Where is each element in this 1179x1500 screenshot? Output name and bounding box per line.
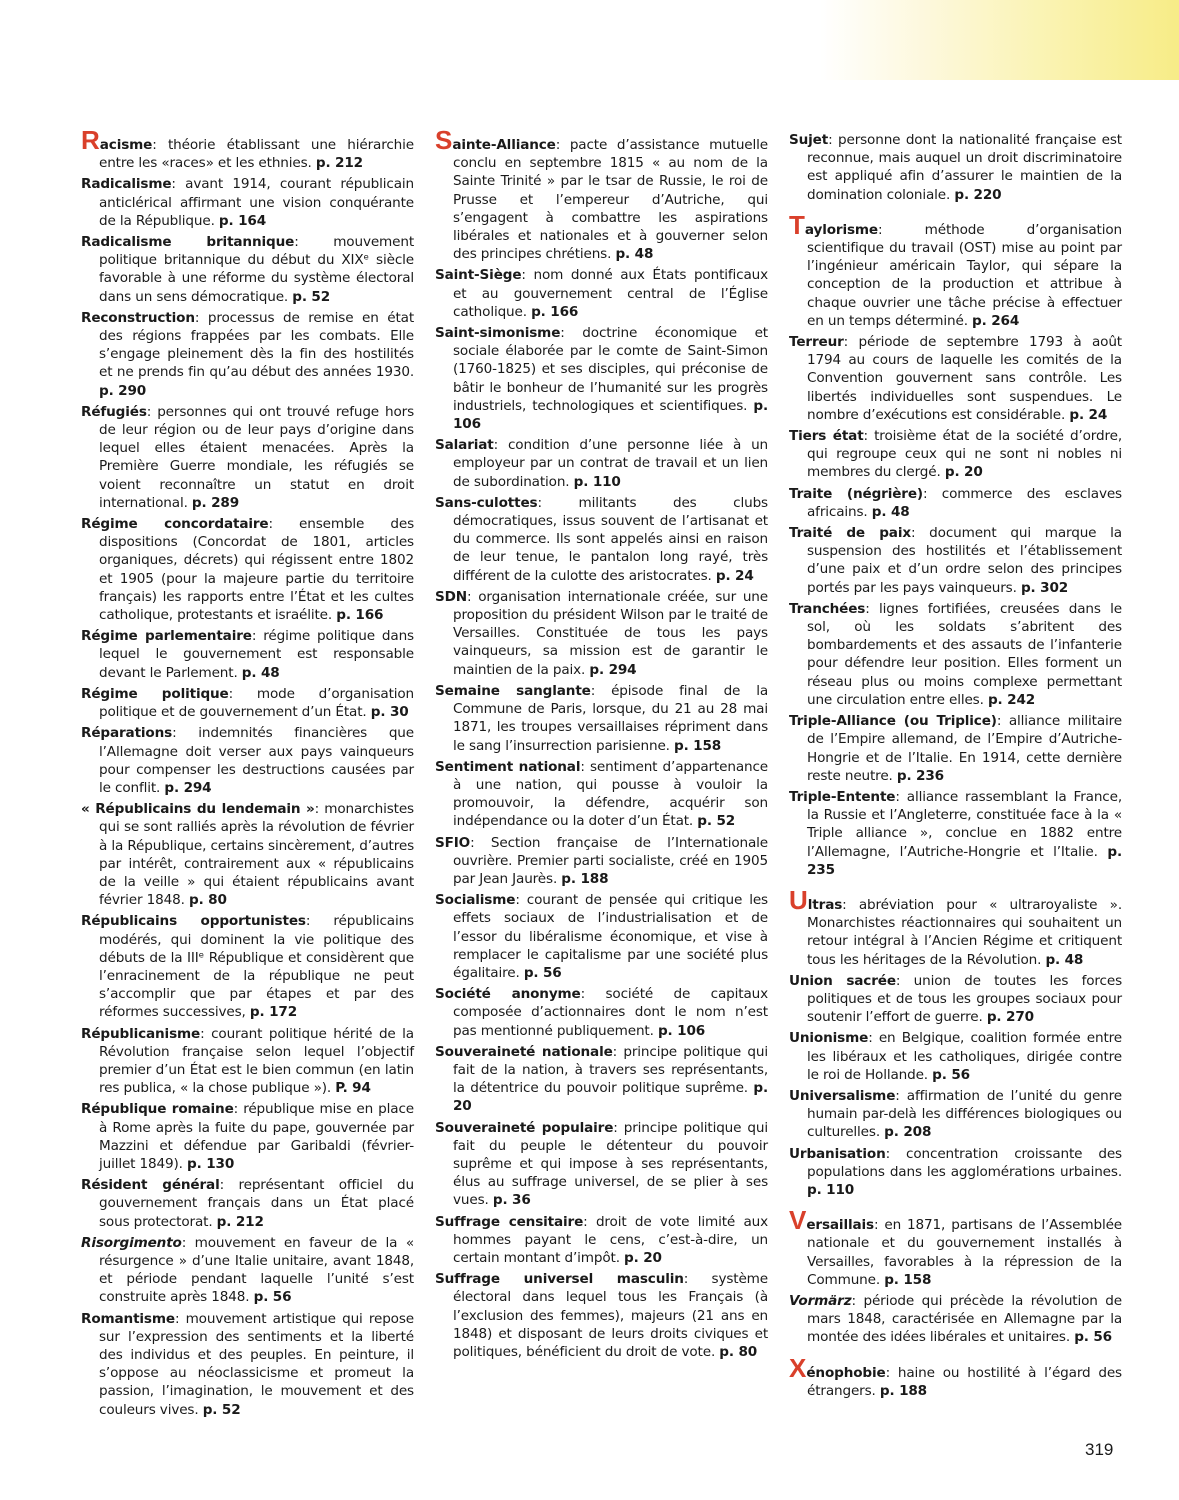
- page-reference: p. 302: [1021, 580, 1068, 596]
- glossary-entry: Souveraineté populaire: principe politiq…: [435, 1119, 768, 1210]
- page-reference: p. 158: [674, 738, 721, 754]
- glossary-term: ltras: [808, 897, 842, 913]
- letter-dropcap: X: [789, 1353, 806, 1383]
- glossary-term: Unionisme: [789, 1030, 868, 1046]
- glossary-term: Universalisme: [789, 1088, 895, 1104]
- glossary-entry: Suffrage censitaire: droit de vote limit…: [435, 1213, 768, 1268]
- page-reference: p. 48: [615, 246, 653, 262]
- glossary-definition: : monarchistes qui se sont ralliés après…: [99, 801, 414, 908]
- glossary-entry: Sainte-Alliance: pacte d’assistance mutu…: [435, 131, 768, 263]
- glossary-term: Traite (négrière): [789, 486, 923, 502]
- glossary-entry: Traite (négrière): commerce des esclaves…: [789, 485, 1122, 521]
- glossary-term: Régime politique: [81, 686, 229, 702]
- glossary-column-3: Sujet: personne dont la nationalité fran…: [789, 131, 1122, 1403]
- glossary-term: Socialisme: [435, 892, 515, 908]
- glossary-term: ersaillais: [806, 1217, 874, 1233]
- glossary-term: Saint-simonisme: [435, 325, 560, 341]
- page-reference: p. 24: [1069, 407, 1107, 423]
- glossary-term: Urbanisation: [789, 1146, 886, 1162]
- page-reference: p. 48: [872, 504, 910, 520]
- glossary-term: Reconstruction: [81, 310, 195, 326]
- glossary-entry: Sujet: personne dont la nationalité fran…: [789, 131, 1122, 204]
- page-reference: p. 164: [219, 213, 266, 229]
- glossary-term: Républicains opportunistes: [81, 913, 306, 929]
- glossary-term: Romantisme: [81, 1311, 175, 1327]
- glossary-entry: Ultras: abréviation pour « ultraroyalist…: [789, 891, 1122, 969]
- glossary-term: Suffrage censitaire: [435, 1214, 583, 1230]
- letter-dropcap: U: [789, 885, 808, 915]
- glossary-term: Suffrage universel masculin: [435, 1271, 684, 1287]
- glossary-entry: Tranchées: lignes fortifiées, creusées d…: [789, 600, 1122, 709]
- page-reference: p. 80: [189, 892, 227, 908]
- glossary-term: acisme: [100, 137, 152, 153]
- letter-dropcap: V: [789, 1205, 806, 1235]
- glossary-term: SFIO: [435, 835, 470, 851]
- page-reference: p. 56: [1074, 1329, 1112, 1345]
- glossary-term: Souveraineté populaire: [435, 1120, 613, 1136]
- glossary-term: Traité de paix: [789, 525, 911, 541]
- glossary-entry: Unionisme: en Belgique, coalition formée…: [789, 1029, 1122, 1084]
- page-reference: p. 52: [203, 1402, 241, 1418]
- page-reference: p. 110: [807, 1182, 854, 1198]
- glossary-term: Union sacrée: [789, 973, 896, 989]
- glossary-entry: Salariat: condition d’une personne liée …: [435, 436, 768, 491]
- glossary-entry: Suffrage universel masculin: système éle…: [435, 1270, 768, 1361]
- glossary-entry: Terreur: période de septembre 1793 à aoû…: [789, 333, 1122, 424]
- glossary-term: Régime parlementaire: [81, 628, 252, 644]
- page-reference: p. 48: [242, 665, 280, 681]
- glossary-entry: Souveraineté nationale: principe politiq…: [435, 1043, 768, 1116]
- glossary-entry: Républicanisme: courant politique hérité…: [81, 1025, 414, 1098]
- glossary-term: Tranchées: [789, 601, 865, 617]
- glossary-entry: Taylorisme: méthode d’organisation scien…: [789, 216, 1122, 330]
- glossary-entry: Versaillais: en 1871, partisans de l’Ass…: [789, 1211, 1122, 1289]
- glossary-term: Radicalisme britannique: [81, 234, 294, 250]
- glossary-term: République romaine: [81, 1101, 234, 1117]
- page-reference: p. 56: [932, 1067, 970, 1083]
- page-reference: p. 212: [217, 1214, 264, 1230]
- page-reference: p. 290: [99, 383, 146, 399]
- page-reference: p. 289: [192, 495, 239, 511]
- glossary-entry: SDN: organisation internationale créée, …: [435, 588, 768, 679]
- page-reference: p. 294: [164, 780, 211, 796]
- page-reference: p. 212: [316, 155, 363, 171]
- glossary-term: Radicalisme: [81, 176, 171, 192]
- page-reference: p. 130: [187, 1156, 234, 1172]
- glossary-definition: : pacte d’assistance mutuelle conclu en …: [453, 137, 768, 262]
- glossary-term: Saint-Siège: [435, 267, 521, 283]
- glossary-entry: Radicalisme: avant 1914, courant républi…: [81, 175, 414, 230]
- glossary-entry: Saint-simonisme: doctrine économique et …: [435, 324, 768, 433]
- page-reference: p. 106: [658, 1023, 705, 1039]
- glossary-entry: Traité de paix: document qui marque la s…: [789, 524, 1122, 597]
- page-reference: p. 220: [954, 187, 1001, 203]
- glossary-entry: Radicalisme britannique: mouvement polit…: [81, 233, 414, 306]
- glossary-entry: Sentiment national: sentiment d’apparten…: [435, 758, 768, 831]
- glossary-entry: Xénophobie: haine ou hostilité à l’égard…: [789, 1359, 1122, 1400]
- glossary-definition: : Section française de l’Internationale …: [453, 835, 768, 887]
- glossary-term: Vormärz: [789, 1293, 851, 1309]
- page-reference: p. 236: [897, 768, 944, 784]
- glossary-term: SDN: [435, 589, 467, 605]
- page-reference: p. 270: [987, 1009, 1034, 1025]
- page-reference: p. 52: [292, 289, 330, 305]
- glossary-entry: Réfugiés: personnes qui ont trouvé refug…: [81, 403, 414, 512]
- glossary-term: Sujet: [789, 132, 828, 148]
- glossary-entry: Réparations: indemnités financières que …: [81, 724, 414, 797]
- page-reference: p. 48: [1045, 952, 1083, 968]
- glossary-entry: Régime politique: mode d’organisation po…: [81, 685, 414, 721]
- glossary-term: Société anonyme: [435, 986, 581, 1002]
- page-reference: p. 36: [493, 1192, 531, 1208]
- glossary-entry: Triple-Entente: alliance rassemblant la …: [789, 788, 1122, 879]
- glossary-entry: Républicains opportunistes: républicains…: [81, 912, 414, 1021]
- glossary-entry: Reconstruction: processus de remise en é…: [81, 309, 414, 400]
- glossary-definition: : personnes qui ont trouvé refuge hors d…: [99, 404, 414, 511]
- glossary-term: Salariat: [435, 437, 494, 453]
- glossary-entry: Urbanisation: concentration croissante d…: [789, 1145, 1122, 1200]
- glossary-entry: Universalisme: affirmation de l’unité du…: [789, 1087, 1122, 1142]
- page-reference: p. 52: [697, 813, 735, 829]
- page-number: 319: [1085, 1440, 1113, 1460]
- glossary-term: Tiers état: [789, 428, 864, 444]
- glossary-entry: « Républicains du lendemain »: monarchis…: [81, 800, 414, 909]
- glossary-term: Sentiment national: [435, 759, 580, 775]
- page-reference: p. 264: [972, 313, 1019, 329]
- glossary-term: Risorgimento: [81, 1235, 182, 1251]
- glossary-term: Triple-Entente: [789, 789, 895, 805]
- glossary-term: Réparations: [81, 725, 172, 741]
- glossary-term: Sans-culottes: [435, 495, 537, 511]
- page-reference: p. 188: [561, 871, 608, 887]
- page-reference: P. 94: [335, 1080, 371, 1096]
- glossary-entry: République romaine: république mise en p…: [81, 1100, 414, 1173]
- glossary-term: Souveraineté nationale: [435, 1044, 613, 1060]
- page-reference: p. 20: [624, 1250, 662, 1266]
- glossary-entry: Socialisme: courant de pensée qui critiq…: [435, 891, 768, 982]
- glossary-term: Réfugiés: [81, 404, 147, 420]
- glossary-entry: Triple-Alliance (ou Triplice): alliance …: [789, 712, 1122, 785]
- page-reference: p. 166: [336, 607, 383, 623]
- letter-dropcap: S: [435, 125, 452, 155]
- page-reference: p. 110: [574, 474, 621, 490]
- page-reference: p. 56: [254, 1289, 292, 1305]
- glossary-entry: Saint-Siège: nom donné aux États pontifi…: [435, 266, 768, 321]
- glossary-entry: Romantisme: mouvement artistique qui rep…: [81, 1310, 414, 1419]
- page-reference: p. 30: [371, 704, 409, 720]
- page-reference: p. 242: [988, 692, 1035, 708]
- glossary-entry: Semaine sanglante: épisode final de la C…: [435, 682, 768, 755]
- page-reference: p. 172: [250, 1004, 297, 1020]
- glossary-entry: Sans-culottes: militants des clubs démoc…: [435, 494, 768, 585]
- glossary-term: « Républicains du lendemain »: [81, 801, 315, 817]
- glossary-entry: Risorgimento: mouvement en faveur de la …: [81, 1234, 414, 1307]
- glossary-entry: Union sacrée: union de toutes les forces…: [789, 972, 1122, 1027]
- glossary-entry: Racisme: théorie établissant une hiérarc…: [81, 131, 414, 172]
- page-reference: p. 208: [884, 1124, 931, 1140]
- glossary-term: Républicanisme: [81, 1026, 200, 1042]
- glossary-entry: Vormärz: période qui précède la révoluti…: [789, 1292, 1122, 1347]
- glossary-column-2: Sainte-Alliance: pacte d’assistance mutu…: [435, 131, 768, 1364]
- glossary-term: Terreur: [789, 334, 844, 350]
- page-reference: p. 20: [945, 464, 983, 480]
- glossary-term: énophobie: [806, 1365, 885, 1381]
- page-reference: p. 56: [524, 965, 562, 981]
- glossary-entry: Société anonyme: société de capitaux com…: [435, 985, 768, 1040]
- glossary-term: ainte-Alliance: [452, 137, 555, 153]
- page-reference: p. 80: [719, 1344, 757, 1360]
- glossary-entry: Régime concordataire: ensemble des dispo…: [81, 515, 414, 624]
- letter-dropcap: R: [81, 125, 100, 155]
- glossary-term: Triple-Alliance (ou Triplice): [789, 713, 997, 729]
- page-reference: p. 294: [589, 662, 636, 678]
- glossary-entry: Régime parlementaire: régime politique d…: [81, 627, 414, 682]
- page-reference: p. 166: [531, 304, 578, 320]
- glossary-term: aylorisme: [805, 222, 878, 238]
- decorative-gradient-band: [820, 0, 1179, 80]
- glossary-term: Résident général: [81, 1177, 220, 1193]
- page-reference: p. 158: [884, 1272, 931, 1288]
- letter-dropcap: T: [789, 210, 805, 240]
- glossary-column-1: Racisme: théorie établissant une hiérarc…: [81, 131, 414, 1422]
- glossary-term: Semaine sanglante: [435, 683, 591, 699]
- glossary-entry: Résident général: représentant officiel …: [81, 1176, 414, 1231]
- glossary-entry: Tiers état: troisième état de la société…: [789, 427, 1122, 482]
- page-reference: p. 188: [880, 1383, 927, 1399]
- glossary-term: Régime concordataire: [81, 516, 268, 532]
- page-reference: p. 24: [716, 568, 754, 584]
- glossary-entry: SFIO: Section française de l’Internation…: [435, 834, 768, 889]
